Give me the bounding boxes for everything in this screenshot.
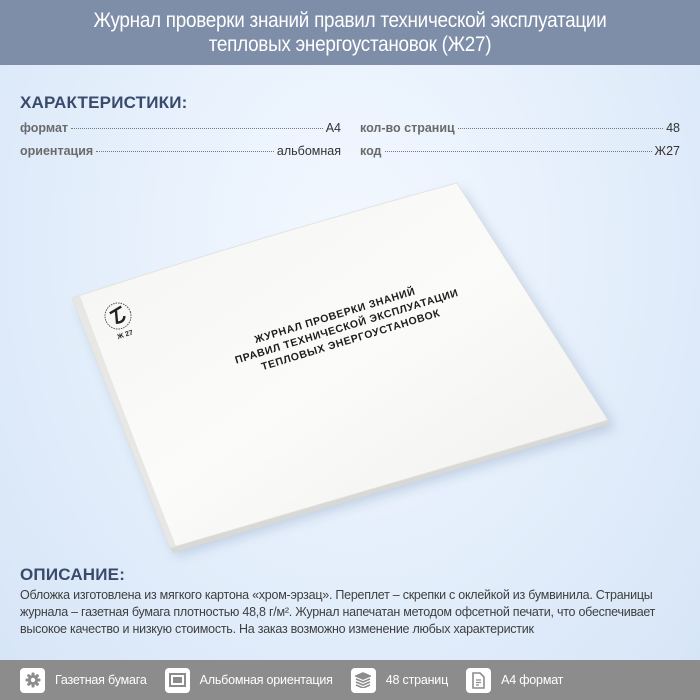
description-title: ОПИСАНИЕ:: [20, 565, 125, 585]
feature-label: Газетная бумага: [55, 673, 147, 687]
gear-icon: [20, 668, 45, 693]
feature-orientation: Альбомная ориентация: [165, 668, 333, 693]
feature-label: Альбомная ориентация: [200, 673, 333, 687]
document-icon: [466, 668, 491, 693]
landscape-page-icon: [165, 668, 190, 693]
feature-format: А4 формат: [466, 668, 563, 693]
description-text: Обложка изготовлена из мягкого картона «…: [20, 587, 685, 638]
feature-paper: Газетная бумага: [20, 668, 147, 693]
feature-label: А4 формат: [501, 673, 563, 687]
feature-pages: 48 страниц: [351, 668, 448, 693]
feature-label: 48 страниц: [386, 673, 448, 687]
layers-icon: [351, 668, 376, 693]
features-bar: Газетная бумага Альбомная ориентация 48 …: [0, 660, 700, 700]
